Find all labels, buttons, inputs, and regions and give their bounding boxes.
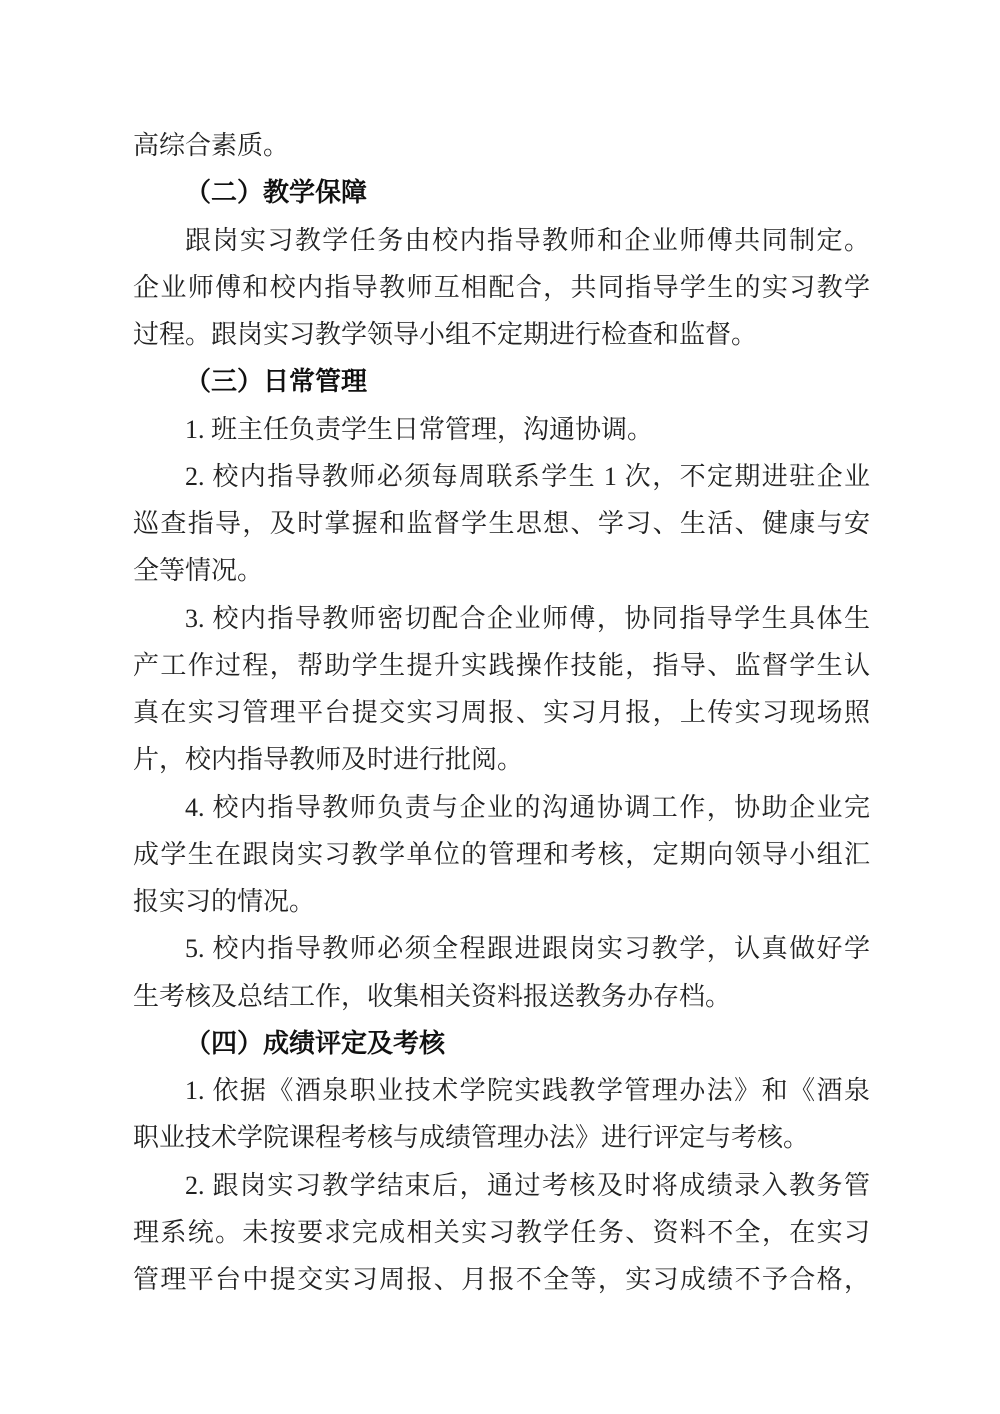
body-paragraph: 2. 跟岗实习教学结束后，通过考核及时将成绩录入教务管理系统。未按要求完成相关实… bbox=[133, 1162, 870, 1304]
text-line: 4. 校内指导教师负责与企业的沟通协调工作，协助企业完 bbox=[133, 784, 870, 831]
text-line: （二）教学保障 bbox=[133, 169, 870, 216]
text-line: 3. 校内指导教师密切配合企业师傅，协同指导学生具体生 bbox=[133, 595, 870, 642]
text-line: 5. 校内指导教师必须全程跟进跟岗实习教学，认真做好学 bbox=[133, 925, 870, 972]
text-line: 企业师傅和校内指导教师互相配合，共同指导学生的实习教学 bbox=[133, 264, 870, 311]
text-line: 产工作过程，帮助学生提升实践操作技能，指导、监督学生认 bbox=[133, 642, 870, 689]
section-heading: （四）成绩评定及考核 bbox=[133, 1020, 870, 1067]
body-paragraph: 4. 校内指导教师负责与企业的沟通协调工作，协助企业完成学生在跟岗实习教学单位的… bbox=[133, 784, 870, 926]
text-line: （四）成绩评定及考核 bbox=[133, 1020, 870, 1067]
text-line: 2. 跟岗实习教学结束后，通过考核及时将成绩录入教务管 bbox=[133, 1162, 870, 1209]
text-line: 过程。跟岗实习教学领导小组不定期进行检查和监督。 bbox=[133, 311, 870, 358]
body-paragraph: 5. 校内指导教师必须全程跟进跟岗实习教学，认真做好学生考核及总结工作，收集相关… bbox=[133, 925, 870, 1020]
text-line: 理系统。未按要求完成相关实习教学任务、资料不全，在实习 bbox=[133, 1209, 870, 1256]
body-paragraph: 2. 校内指导教师必须每周联系学生 1 次，不定期进驻企业巡查指导，及时掌握和监… bbox=[133, 453, 870, 595]
document-page: 高综合素质。（二）教学保障跟岗实习教学任务由校内指导教师和企业师傅共同制定。企业… bbox=[0, 0, 1000, 1414]
text-line: 职业技术学院课程考核与成绩管理办法》进行评定与考核。 bbox=[133, 1114, 870, 1161]
body-paragraph: 高综合素质。 bbox=[133, 122, 870, 169]
text-line: 2. 校内指导教师必须每周联系学生 1 次，不定期进驻企业 bbox=[133, 453, 870, 500]
section-heading: （二）教学保障 bbox=[133, 169, 870, 216]
text-line: 管理平台中提交实习周报、月报不全等，实习成绩不予合格， bbox=[133, 1256, 870, 1303]
document-text: 高综合素质。（二）教学保障跟岗实习教学任务由校内指导教师和企业师傅共同制定。企业… bbox=[133, 122, 870, 1303]
text-line: 跟岗实习教学任务由校内指导教师和企业师傅共同制定。 bbox=[133, 217, 870, 264]
text-line: 片，校内指导教师及时进行批阅。 bbox=[133, 736, 870, 783]
text-line: 真在实习管理平台提交实习周报、实习月报，上传实习现场照 bbox=[133, 689, 870, 736]
text-line: （三）日常管理 bbox=[133, 358, 870, 405]
text-line: 报实习的情况。 bbox=[133, 878, 870, 925]
body-paragraph: 1. 依据《酒泉职业技术学院实践教学管理办法》和《酒泉职业技术学院课程考核与成绩… bbox=[133, 1067, 870, 1162]
text-line: 巡查指导，及时掌握和监督学生思想、学习、生活、健康与安 bbox=[133, 500, 870, 547]
body-paragraph: 3. 校内指导教师密切配合企业师傅，协同指导学生具体生产工作过程，帮助学生提升实… bbox=[133, 595, 870, 784]
body-paragraph: 1. 班主任负责学生日常管理，沟通协调。 bbox=[133, 406, 870, 453]
body-paragraph: 跟岗实习教学任务由校内指导教师和企业师傅共同制定。企业师傅和校内指导教师互相配合… bbox=[133, 217, 870, 359]
text-line: 成学生在跟岗实习教学单位的管理和考核，定期向领导小组汇 bbox=[133, 831, 870, 878]
text-line: 1. 班主任负责学生日常管理，沟通协调。 bbox=[133, 406, 870, 453]
text-line: 1. 依据《酒泉职业技术学院实践教学管理办法》和《酒泉 bbox=[133, 1067, 870, 1114]
text-line: 全等情况。 bbox=[133, 547, 870, 594]
text-line: 高综合素质。 bbox=[133, 122, 870, 169]
section-heading: （三）日常管理 bbox=[133, 358, 870, 405]
text-line: 生考核及总结工作，收集相关资料报送教务办存档。 bbox=[133, 973, 870, 1020]
